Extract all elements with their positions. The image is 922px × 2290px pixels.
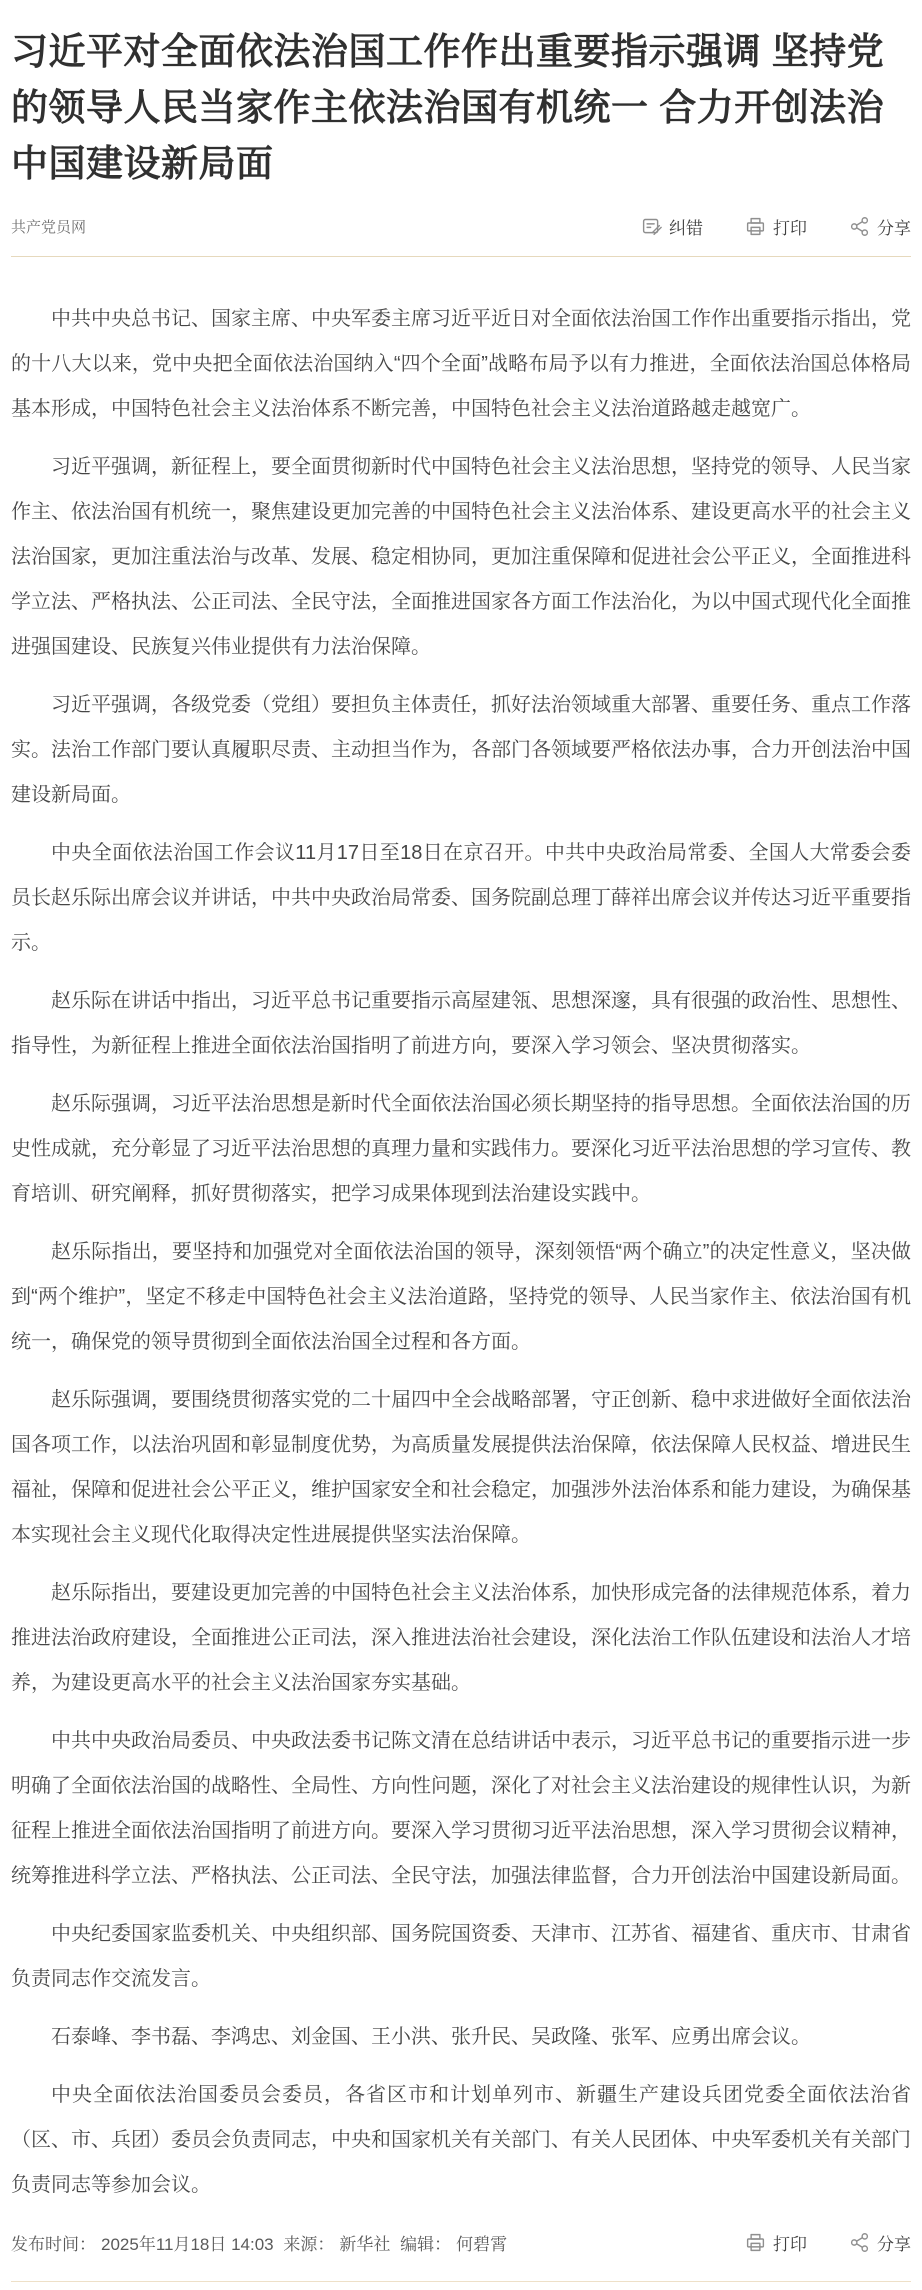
print-button[interactable]: 打印: [745, 214, 807, 239]
source-label: 来源：: [283, 2235, 334, 2254]
article-paragraph: 中共中央政治局委员、中央政法委书记陈文清在总结讲话中表示，习近平总书记的重要指示…: [11, 1719, 911, 1899]
editor-value: 何碧霄: [456, 2235, 507, 2254]
article-actions: 纠错 打印: [641, 214, 911, 239]
source-value: 新华社: [339, 2235, 390, 2254]
correction-button[interactable]: 纠错: [641, 214, 703, 239]
article-paragraph: 赵乐际指出，要坚持和加强党对全面依法治国的领导，深刻领悟“两个确立”的决定性意义…: [11, 1230, 911, 1365]
share-button[interactable]: 分享: [849, 214, 911, 239]
article-footer-bar: 发布时间：2025年11月18日 14:03 来源：新华社 编辑：何碧霄 打印: [11, 2230, 911, 2281]
publish-meta: 发布时间：2025年11月18日 14:03 来源：新华社 编辑：何碧霄: [11, 2230, 512, 2255]
article-paragraph: 中央纪委国家监委机关、中央组织部、国务院国资委、天津市、江苏省、福建省、重庆市、…: [11, 1912, 911, 2002]
footer-share-label: 分享: [877, 2230, 911, 2255]
article-paragraph: 中央全面依法治国工作会议11月17日至18日在京召开。中共中央政治局常委、全国人…: [11, 831, 911, 966]
printer-icon: [745, 2232, 766, 2253]
article-paragraph: 赵乐际强调，要围绕贯彻落实党的二十届四中全会战略部署，守正创新、稳中求进做好全面…: [11, 1378, 911, 1558]
footer-print-label: 打印: [773, 2230, 807, 2255]
article-paragraph: 赵乐际在讲话中指出，习近平总书记重要指示高屋建瓴、思想深邃，具有很强的政治性、思…: [11, 979, 911, 1069]
editor-label: 编辑：: [400, 2235, 451, 2254]
publish-time-value: 2025年11月18日 14:03: [101, 2235, 274, 2254]
article-paragraph: 习近平强调，各级党委（党组）要担负主体责任，抓好法治领域重大部署、重要任务、重点…: [11, 683, 911, 818]
article-paragraph: 赵乐际强调，习近平法治思想是新时代全面依法治国必须长期坚持的指导思想。全面依法治…: [11, 1082, 911, 1217]
article-paragraph: 中央全面依法治国委员会委员，各省区市和计划单列市、新疆生产建设兵团党委全面依法治…: [11, 2073, 911, 2208]
footer-share-button[interactable]: 分享: [849, 2230, 911, 2255]
page-title: 习近平对全面依法治国工作作出重要指示强调 坚持党的领导人民当家作主依法治国有机统…: [11, 24, 911, 192]
article-page: 习近平对全面依法治国工作作出重要指示强调 坚持党的领导人民当家作主依法治国有机统…: [0, 24, 922, 2282]
article-paragraph: 习近平强调，新征程上，要全面贯彻新时代中国特色社会主义法治思想，坚持党的领导、人…: [11, 445, 911, 670]
share-icon: [849, 2232, 870, 2253]
article-body: 中共中央总书记、国家主席、中央军委主席习近平近日对全面依法治国工作作出重要指示指…: [11, 257, 911, 2208]
article-meta-bar: 共产党员网 纠错: [11, 212, 911, 240]
edit-correction-icon: [641, 216, 662, 237]
article-paragraph: 赵乐际指出，要建设更加完善的中国特色社会主义法治体系，加快形成完备的法律规范体系…: [11, 1571, 911, 1706]
printer-icon: [745, 216, 766, 237]
share-label: 分享: [877, 214, 911, 239]
correction-label: 纠错: [669, 214, 703, 239]
article-paragraph: 中共中央总书记、国家主席、中央军委主席习近平近日对全面依法治国工作作出重要指示指…: [11, 297, 911, 432]
publish-time-label: 发布时间：: [11, 2235, 96, 2254]
article-paragraph: 石泰峰、李书磊、李鸿忠、刘金国、王小洪、张升民、吴政隆、张军、应勇出席会议。: [11, 2015, 911, 2060]
print-label: 打印: [773, 214, 807, 239]
footer-actions: 打印 分享: [745, 2230, 911, 2255]
footer-divider: [11, 2281, 911, 2282]
footer-print-button[interactable]: 打印: [745, 2230, 807, 2255]
site-source: 共产党员网: [11, 216, 86, 237]
share-icon: [849, 216, 870, 237]
